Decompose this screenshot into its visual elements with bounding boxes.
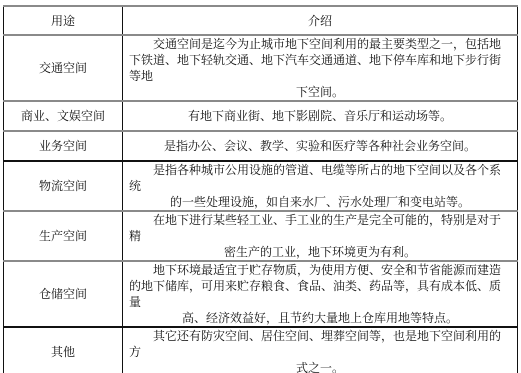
description-cell: 交通空间是迄今为止城市地下空间利用的最主要类型之一，包括地下铁道、地下轻轨交通、… xyxy=(123,35,518,101)
table-row: 物流空间 是指各种城市公用设施的管道、电缆等所占的地下空间以及各个系统 的一些处… xyxy=(4,161,518,211)
description-tail: 高、经济效益好，且节约大量地上仓库用地等特点。 xyxy=(129,310,511,326)
description-tail: 的一些处理设施，如自来水厂、污水处理厂和变电站等。 xyxy=(129,194,511,210)
description-cell: 是指各种城市公用设施的管道、电缆等所占的地下空间以及各个系统 的一些处理设施，如… xyxy=(123,161,518,211)
description-text: 是指各种城市公用设施的管道、电缆等所占的地下空间以及各个系统 xyxy=(129,162,511,194)
usage-cell: 物流空间 xyxy=(4,161,123,211)
description-cell: 地下环境最适宜于贮存物质，为使用方便、安全和节省能源而建造的地下储库，可用来贮存… xyxy=(123,261,518,327)
table-row: 业务空间 是指办公、会议、教学、实验和医疗等各种社会业务空间。 xyxy=(4,131,518,161)
usage-cell: 仓储空间 xyxy=(4,261,123,327)
description-text: 交通空间是迄今为止城市地下空间利用的最主要类型之一，包括地下铁道、地下轻轨交通、… xyxy=(129,36,511,84)
description-text: 是指办公、会议、教学、实验和医疗等各种社会业务空间。 xyxy=(129,138,511,154)
description-cell: 其它还有防灾空间、居住空间、埋葬空间等，也是地下空间利用的方 式之一。 xyxy=(123,327,518,373)
description-cell: 有地下商业街、地下影剧院、音乐厅和运动场等。 xyxy=(123,101,518,131)
header-usage: 用途 xyxy=(4,6,123,35)
table-row: 仓储空间 地下环境最适宜于贮存物质，为使用方便、安全和节省能源而建造的地下储库，… xyxy=(4,261,518,327)
table-row: 其他 其它还有防灾空间、居住空间、埋葬空间等，也是地下空间利用的方 式之一。 xyxy=(4,327,518,373)
header-row: 用途 介绍 xyxy=(4,6,518,35)
usage-cell: 生产空间 xyxy=(4,211,123,261)
description-text: 地下环境最适宜于贮存物质，为使用方便、安全和节省能源而建造的地下储库，可用来贮存… xyxy=(129,262,511,310)
description-text: 在地下进行某些轻工业、手工业的生产是完全可能的，特别是对于精 xyxy=(129,212,511,244)
description-tail: 式之一。 xyxy=(129,360,511,373)
usage-cell: 商业、文娱空间 xyxy=(4,101,123,131)
usage-cell: 其他 xyxy=(4,327,123,373)
usage-table: 用途 介绍 交通空间 交通空间是迄今为止城市地下空间利用的最主要类型之一，包括地… xyxy=(3,5,518,373)
usage-cell: 交通空间 xyxy=(4,35,123,101)
table-row: 交通空间 交通空间是迄今为止城市地下空间利用的最主要类型之一，包括地下铁道、地下… xyxy=(4,35,518,101)
description-cell: 在地下进行某些轻工业、手工业的生产是完全可能的，特别是对于精 密生产的工业，地下… xyxy=(123,211,518,261)
description-text: 有地下商业街、地下影剧院、音乐厅和运动场等。 xyxy=(129,108,511,124)
table-row: 商业、文娱空间 有地下商业街、地下影剧院、音乐厅和运动场等。 xyxy=(4,101,518,131)
table-row: 生产空间 在地下进行某些轻工业、手工业的生产是完全可能的，特别是对于精 密生产的… xyxy=(4,211,518,261)
usage-cell: 业务空间 xyxy=(4,131,123,161)
header-description: 介绍 xyxy=(123,6,518,35)
description-cell: 是指办公、会议、教学、实验和医疗等各种社会业务空间。 xyxy=(123,131,518,161)
description-tail: 下空间。 xyxy=(129,84,511,100)
description-tail: 密生产的工业，地下环境更为有利。 xyxy=(129,244,511,260)
description-text: 其它还有防灾空间、居住空间、埋葬空间等，也是地下空间利用的方 xyxy=(129,328,511,360)
